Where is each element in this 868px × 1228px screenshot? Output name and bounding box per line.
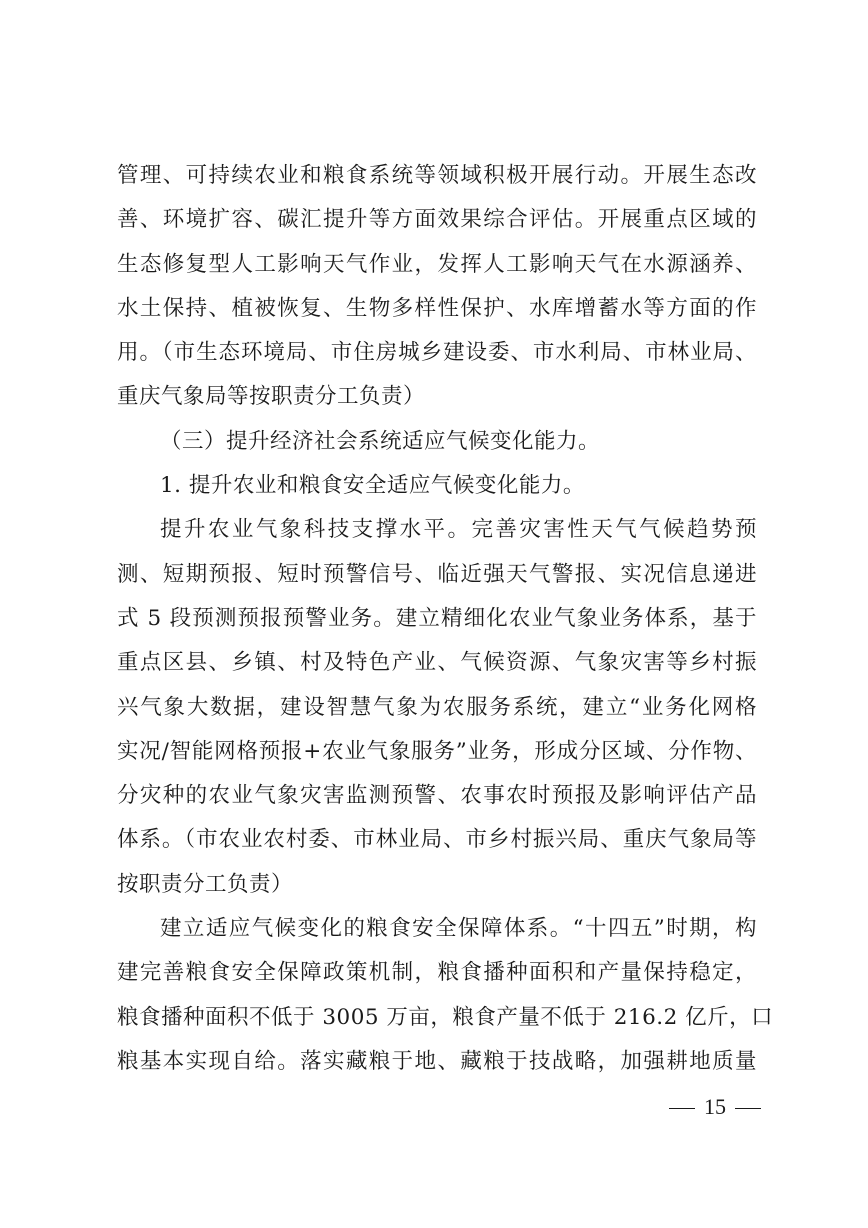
text-line: 实况/智能网格预报+农业气象服务”业务，形成分区域、分作物、 [117, 730, 757, 774]
page-number: 15 [704, 1094, 726, 1119]
text-line: 测、短期预报、短时预警信号、临近强天气警报、实况信息递进 [117, 553, 757, 597]
text-line: 用。（市生态环境局、市住房城乡建设委、市水利局、市林业局、 [117, 331, 757, 375]
text-line: 粮食播种面积不低于 3005 万亩，粮食产量不低于 216.2 亿斤，口 [117, 996, 757, 1040]
text-line: 管理、可持续农业和粮食系统等领域积极开展行动。开展生态改 [117, 154, 757, 198]
subsection-heading: 1. 提升农业和粮食安全适应气候变化能力。 [117, 464, 757, 508]
text-line: 兴气象大数据，建设智慧气象为农服务系统，建立“业务化网格 [117, 686, 757, 730]
text-line: 体系。（市农业农村委、市林业局、市乡村振兴局、重庆气象局等 [117, 818, 757, 862]
dash-decoration [735, 1108, 761, 1109]
text-line: 式 5 段预测预报预警业务。建立精细化农业气象业务体系，基于 [117, 597, 757, 641]
text-line: 提升农业气象科技支撑水平。完善灾害性天气气候趋势预 [117, 508, 757, 552]
document-page: 管理、可持续农业和粮食系统等领域积极开展行动。开展生态改 善、环境扩容、碳汇提升… [0, 0, 868, 1228]
dash-decoration [669, 1108, 695, 1109]
body-text: 管理、可持续农业和粮食系统等领域积极开展行动。开展生态改 善、环境扩容、碳汇提升… [117, 154, 757, 1084]
text-line: 粮基本实现自给。落实藏粮于地、藏粮于技战略，加强耕地质量 [117, 1040, 757, 1084]
page-footer: 15 [660, 1094, 770, 1120]
text-line: 重庆气象局等按职责分工负责） [117, 375, 757, 419]
text-line: 分灾种的农业气象灾害监测预警、农事农时预报及影响评估产品 [117, 774, 757, 818]
text-line: 生态修复型人工影响天气作业，发挥人工影响天气在水源涵养、 [117, 243, 757, 287]
text-line: 重点区县、乡镇、村及特色产业、气候资源、气象灾害等乡村振 [117, 641, 757, 685]
text-line: 善、环境扩容、碳汇提升等方面效果综合评估。开展重点区域的 [117, 198, 757, 242]
text-line: 水土保持、植被恢复、生物多样性保护、水库增蓄水等方面的作 [117, 287, 757, 331]
text-line: 按职责分工负责） [117, 863, 757, 907]
section-heading: （三）提升经济社会系统适应气候变化能力。 [117, 420, 757, 464]
text-line: 建完善粮食安全保障政策机制，粮食播种面积和产量保持稳定， [117, 951, 757, 995]
text-line: 建立适应气候变化的粮食安全保障体系。“十四五”时期，构 [117, 907, 757, 951]
